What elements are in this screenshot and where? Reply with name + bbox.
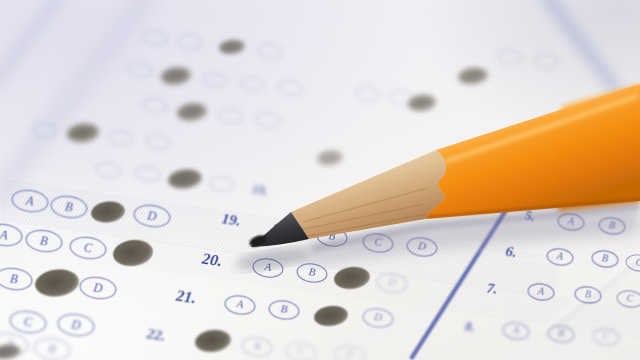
bubble-b: B: [590, 249, 619, 270]
question-number: 7.: [486, 281, 499, 298]
bubble-d: D: [333, 343, 366, 360]
blurred-bubble: [255, 111, 282, 129]
bubble-d: D: [405, 235, 438, 258]
blurred-bubble: [32, 121, 59, 139]
bubble-b: B: [24, 228, 64, 255]
bubble-a: A: [271, 219, 304, 242]
blurred-bubble: [142, 96, 169, 114]
bubble-a: A: [251, 256, 284, 279]
pencil-mark: [66, 122, 100, 144]
bubble-c: C: [361, 231, 394, 254]
blurred-bubble: [95, 161, 122, 179]
pencil-mark: [313, 304, 349, 328]
pencil-mark: [218, 38, 246, 55]
bubble-a: A: [501, 321, 530, 342]
question-number: 19.: [220, 211, 241, 231]
bubble-c: C: [615, 289, 640, 310]
question-number: 8.: [464, 318, 476, 335]
pencil-mark: [194, 328, 232, 354]
bubble-d: D: [78, 275, 118, 302]
bubble-c: C: [591, 327, 620, 348]
bubble-a: A: [0, 222, 24, 249]
blurred-bubble: [217, 107, 244, 125]
pencil-mark: [176, 102, 208, 123]
blurred-bubble: [257, 42, 284, 60]
bubble-b: B: [267, 298, 300, 321]
blurred-bubble: [209, 175, 236, 193]
question-number: 22.: [145, 326, 166, 346]
pencil-mark: [316, 149, 344, 167]
pencil-mark: [34, 267, 81, 299]
bubble-d: D: [56, 312, 96, 339]
pencil-mark: [90, 200, 126, 225]
bubble-c: C: [68, 235, 108, 262]
bubble-b: B: [32, 336, 72, 360]
pencil-mark: [112, 238, 155, 269]
bubble-b: B: [597, 216, 626, 237]
blurred-bubble: [177, 33, 204, 51]
bubble-b: B: [546, 324, 575, 345]
pencil-wood: [291, 150, 446, 239]
blurred-bubble: [355, 85, 382, 103]
blurred-bubble: [277, 79, 304, 97]
bubble-a: A: [223, 293, 256, 316]
bubble-a: A: [526, 282, 555, 303]
bubble-a: A: [579, 177, 608, 198]
question-number: 5.: [524, 207, 536, 224]
blurred-bubble: [142, 29, 169, 47]
blurred-bubble: [127, 61, 154, 79]
pencil-mark: [457, 66, 489, 86]
bubble-b: B: [240, 335, 273, 358]
bubble-b: B: [619, 180, 640, 201]
bubble-c: C: [8, 309, 48, 336]
blurred-bubble: [533, 52, 560, 70]
bubble-a: A: [556, 212, 585, 233]
pencil-mark: [167, 167, 203, 190]
blurred-bubble: [145, 133, 172, 151]
bubble-b: B: [315, 225, 348, 248]
bubble-b: B: [0, 266, 34, 293]
question-number: 18.: [251, 181, 270, 199]
bubble-c: C: [624, 253, 640, 274]
bubble-b: B: [295, 261, 328, 284]
blurred-bubble: [135, 165, 162, 183]
pencil-mark: [333, 265, 371, 291]
bubble-a: A: [10, 188, 50, 215]
bubble-c: C: [284, 340, 317, 360]
bubble-d: D: [375, 271, 408, 294]
question-number: 21.: [175, 288, 198, 309]
pencil-mark: [160, 66, 192, 87]
blurred-bubble: [107, 129, 134, 147]
pencil-body: [425, 84, 640, 219]
bubble-a: A: [0, 331, 30, 358]
blurred-bubble: [497, 48, 524, 66]
photo-answer-sheet-with-pencil: A B D A B C B D C D A B 18. 19. A B C D …: [0, 0, 640, 360]
bubble-d: D: [132, 203, 172, 230]
blurred-bubble: [239, 75, 266, 93]
question-number: 20.: [201, 251, 224, 272]
question-number: 6.: [504, 244, 518, 263]
bubble-b: B: [573, 285, 602, 306]
bubble-d: D: [361, 306, 394, 329]
blurred-bubble: [202, 71, 229, 89]
bubble-b: B: [49, 194, 89, 221]
bubble-a: A: [545, 247, 574, 268]
